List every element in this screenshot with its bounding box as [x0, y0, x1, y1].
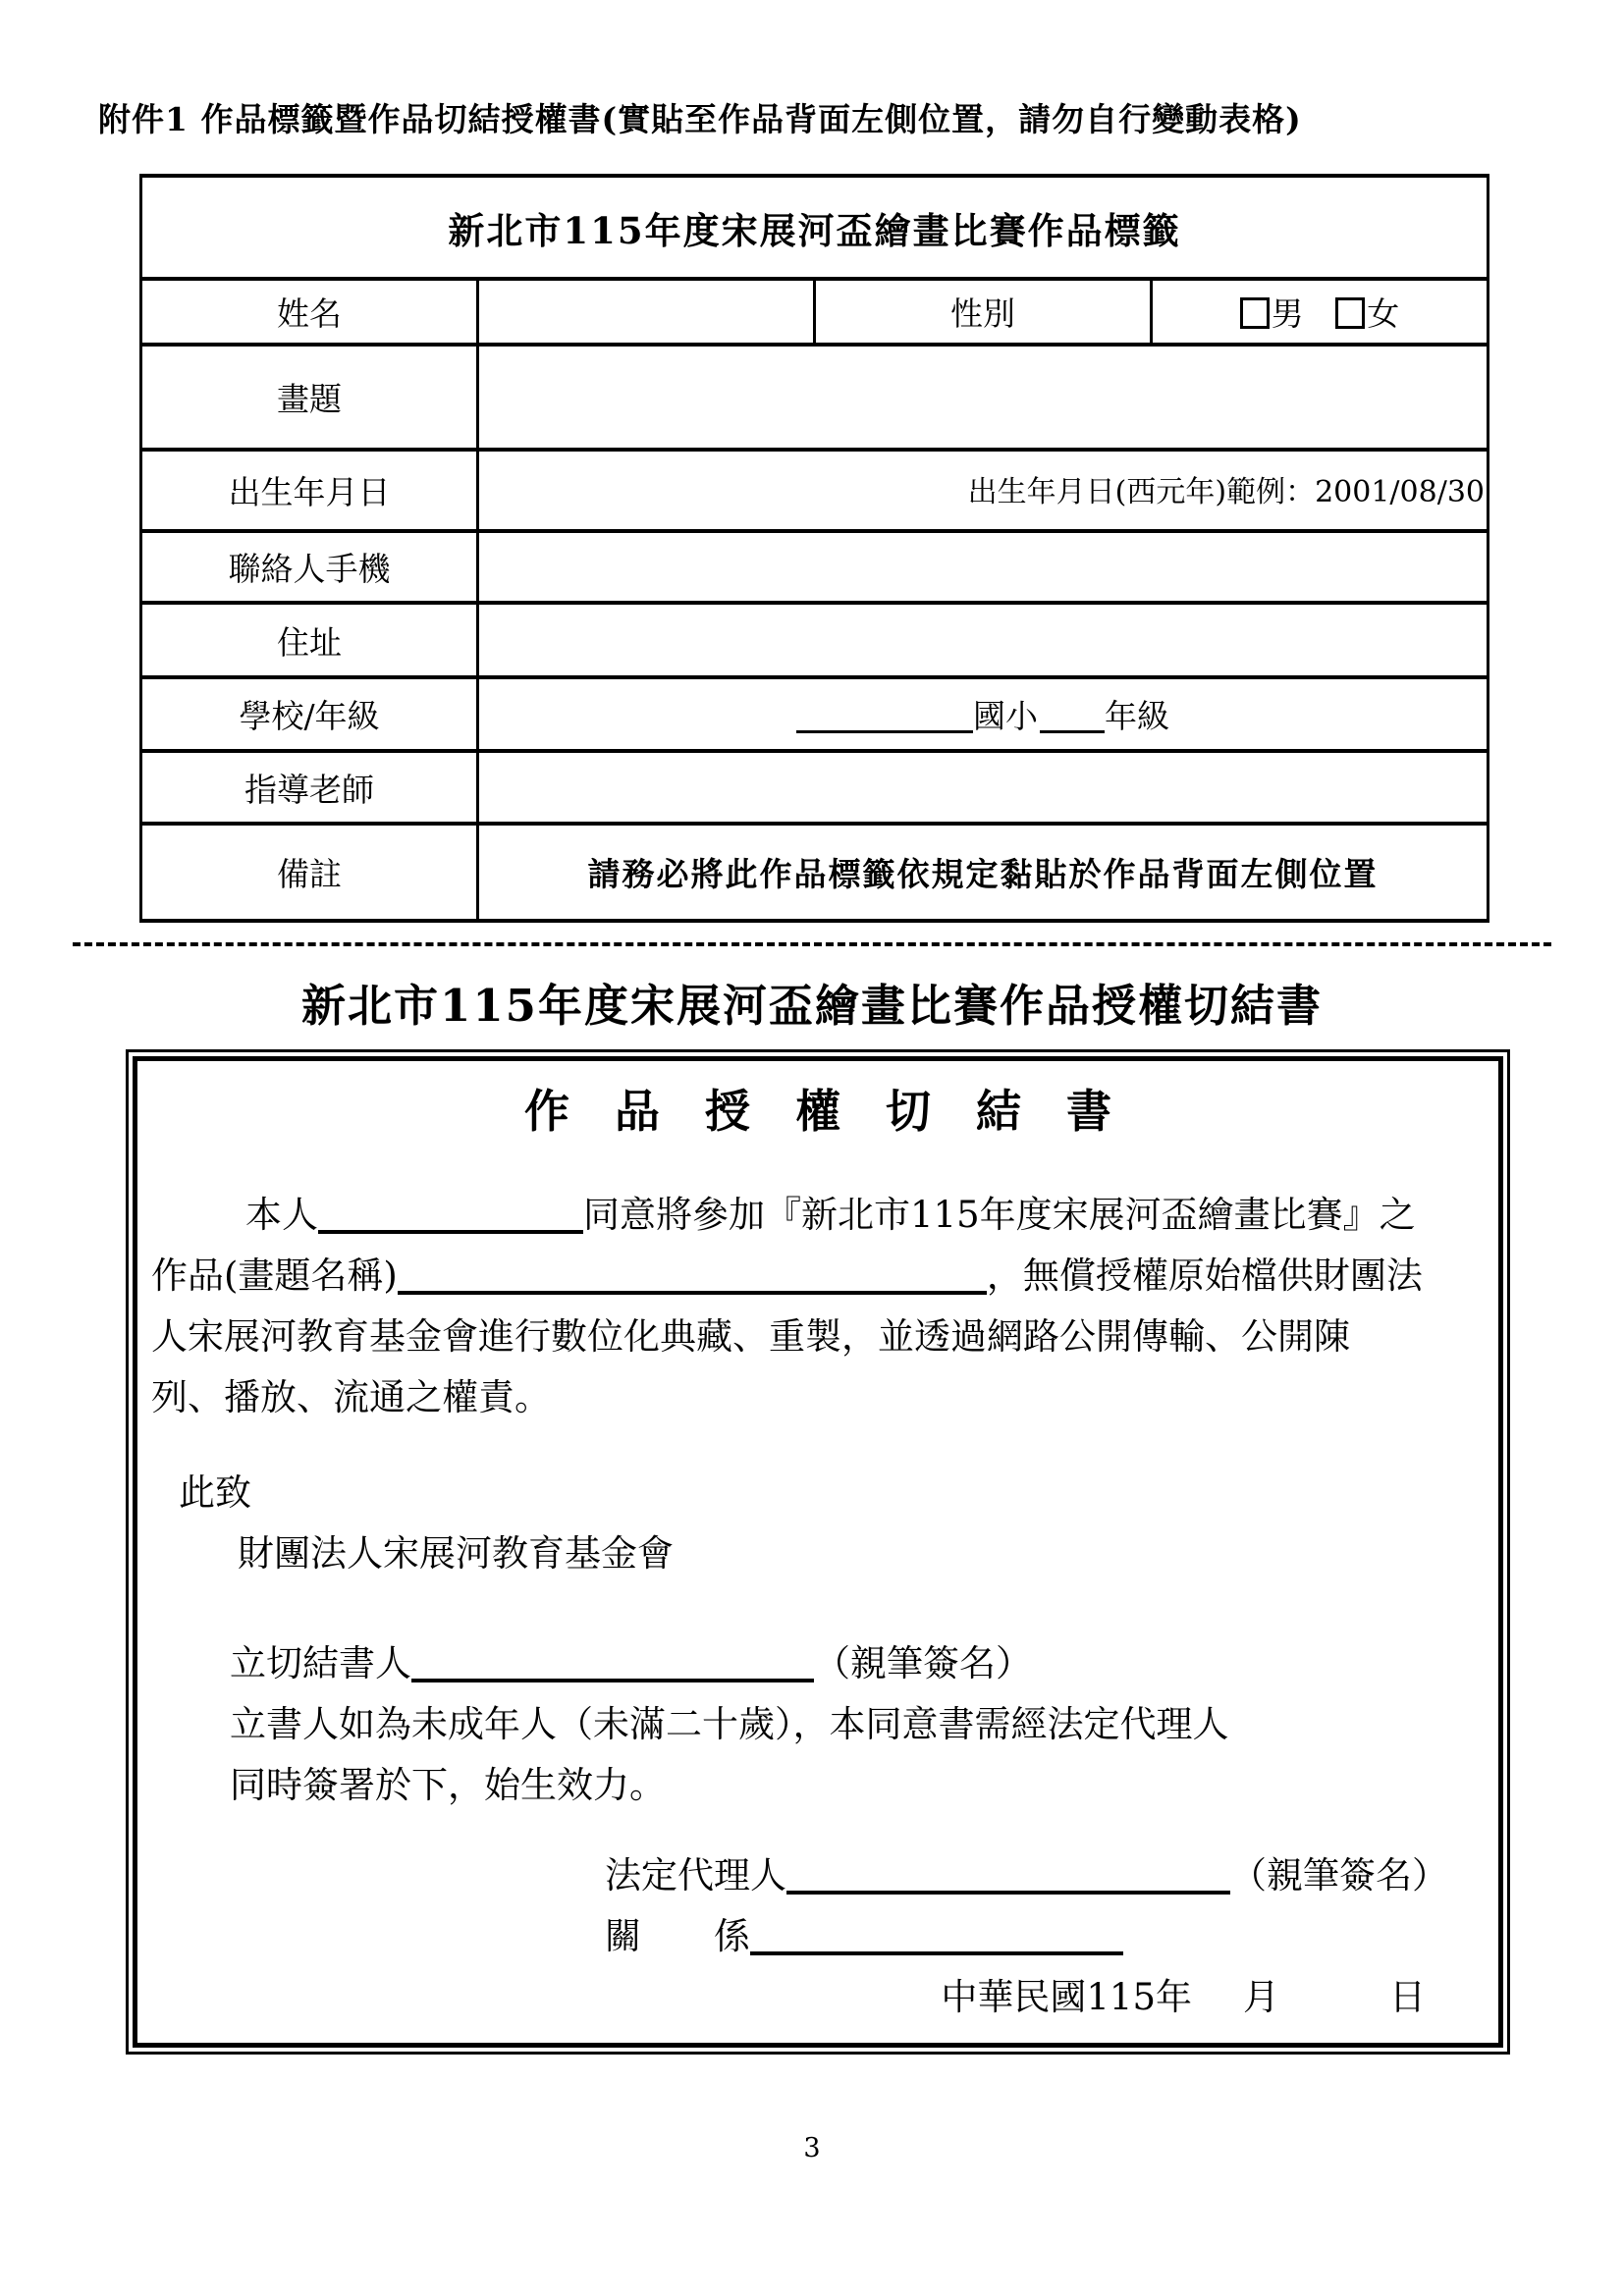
consent-line-1: 本人同意將參加『新北市115年度宋展河盃繪畫比賽』之 [151, 1185, 1485, 1246]
grade-text: 年級 [1105, 697, 1169, 735]
table-row: 住址 [141, 603, 1489, 677]
declarant-name-blank[interactable] [318, 1195, 583, 1234]
teacher-label: 指導老師 [141, 751, 478, 824]
page-number: 3 [0, 2133, 1624, 2163]
consent-paragraph: 本人同意將參加『新北市115年度宋展河盃繪畫比賽』之 作品(畫題名稱)，無償授權… [151, 1185, 1485, 1428]
gender-options-cell: 男 女 [1152, 279, 1489, 345]
artwork-title-prefix-text: 作品(畫題名稱) [151, 1255, 398, 1297]
school-grade-label: 學校/年級 [141, 677, 478, 751]
declarant-signature-line: 立切結書人（親筆簽名） [151, 1633, 1485, 1694]
birth-date-label: 出生年月日 [141, 450, 478, 531]
remarks-value: 請務必將此作品標籤依規定黏貼於作品背面左側位置 [478, 824, 1489, 921]
declarant-label: 立切結書人 [230, 1642, 411, 1684]
date-day-label: 日 [1389, 1976, 1426, 2018]
address-label: 住址 [141, 603, 478, 677]
legal-rep-block: 法定代理人（親筆簽名） 關 係 中華民國115年月日 [151, 1845, 1485, 2028]
roc-date-line: 中華民國115年月日 [151, 1967, 1485, 2028]
consent-line-1-text: 同意將參加『新北市115年度宋展河盃繪畫比賽』之 [583, 1194, 1416, 1236]
declarant-signature-note: （親筆簽名） [814, 1642, 1032, 1684]
declarant-prefix-text: 本人 [245, 1194, 318, 1236]
declarant-block: 立切結書人（親筆簽名） 立書人如為未成年人（未滿二十歲），本同意書需經法定代理人… [151, 1633, 1485, 1816]
table-row: 指導老師 [141, 751, 1489, 824]
remarks-label: 備註 [141, 824, 478, 921]
teacher-input-cell[interactable] [478, 751, 1489, 824]
birth-date-input-cell[interactable]: 出生年月日(西元年)範例：2001/08/30 [478, 450, 1489, 531]
table-row: 聯絡人手機 [141, 531, 1489, 603]
minor-note-line-2: 同時簽署於下，始生效力。 [151, 1755, 1485, 1816]
female-label: 女 [1367, 294, 1399, 333]
document-page: 附件1 作品標籤暨作品切結授權書(實貼至作品背面左側位置，請勿自行變動表格) 新… [0, 0, 1624, 2296]
school-type-text: 國小 [973, 697, 1038, 735]
contact-phone-input-cell[interactable] [478, 531, 1489, 603]
consent-box-inner: 作 品 授 權 切 結 書 本人同意將參加『新北市115年度宋展河盃繪畫比賽』之… [133, 1056, 1503, 2048]
date-month-label: 月 [1243, 1976, 1279, 2018]
contact-phone-label: 聯絡人手機 [141, 531, 478, 603]
artwork-title-input-cell[interactable] [478, 345, 1489, 450]
name-label: 姓名 [141, 279, 478, 345]
legal-rep-signature-blank[interactable] [786, 1855, 1230, 1895]
consent-box-title: 作 品 授 權 切 結 書 [151, 1076, 1485, 1141]
consent-line-2-text: ，無償授權原始檔供財團法 [987, 1255, 1423, 1297]
school-name-blank[interactable] [796, 700, 973, 733]
consent-section-title: 新北市115年度宋展河盃繪畫比賽作品授權切結書 [0, 970, 1624, 1034]
consent-line-3: 人宋展河教育基金會進行數位化典藏、重製，並透過網路公開傳輸、公開陳 [151, 1307, 1485, 1367]
foundation-name: 財團法人宋展河教育基金會 [151, 1523, 1485, 1584]
table-row: 出生年月日 出生年月日(西元年)範例：2001/08/30 [141, 450, 1489, 531]
artwork-label-table: 新北市115年度宋展河盃繪畫比賽作品標籤 姓名 性別 男 女 畫題 出生年月日 … [139, 174, 1489, 923]
female-checkbox-icon[interactable] [1335, 297, 1365, 329]
address-input-cell[interactable] [478, 603, 1489, 677]
relation-blank[interactable] [750, 1916, 1123, 1955]
minor-note-line-1: 立書人如為未成年人（未滿二十歲），本同意書需經法定代理人 [151, 1694, 1485, 1755]
table-row: 姓名 性別 男 女 [141, 279, 1489, 345]
male-label: 男 [1272, 294, 1304, 333]
dashed-separator [73, 942, 1551, 946]
checkbox-male[interactable]: 男 [1240, 294, 1304, 333]
table-row: 學校/年級 國小年級 [141, 677, 1489, 751]
attachment-header: 附件1 作品標籤暨作品切結授權書(實貼至作品背面左側位置，請勿自行變動表格) [98, 94, 1624, 140]
label-table-title: 新北市115年度宋展河盃繪畫比賽作品標籤 [141, 176, 1489, 279]
consent-line-2: 作品(畫題名稱)，無償授權原始檔供財團法 [151, 1246, 1485, 1307]
legal-rep-signature-note: （親筆簽名） [1230, 1854, 1448, 1896]
grade-blank[interactable] [1040, 700, 1105, 733]
gender-label: 性別 [815, 279, 1152, 345]
artwork-title-label: 畫題 [141, 345, 478, 450]
legal-rep-label: 法定代理人 [605, 1854, 786, 1896]
declarant-signature-blank[interactable] [411, 1643, 814, 1682]
birth-date-hint: 出生年月日(西元年)範例：2001/08/30 [968, 475, 1485, 509]
table-row: 備註 請務必將此作品標籤依規定黏貼於作品背面左側位置 [141, 824, 1489, 921]
name-input-cell[interactable] [478, 279, 815, 345]
male-checkbox-icon[interactable] [1240, 297, 1270, 329]
consent-box: 作 品 授 權 切 結 書 本人同意將參加『新北市115年度宋展河盃繪畫比賽』之… [126, 1049, 1510, 2055]
salute-text: 此致 [151, 1463, 1485, 1523]
date-prefix-text: 中華民國115年 [941, 1976, 1192, 2018]
checkbox-female[interactable]: 女 [1335, 294, 1399, 333]
salute-block: 此致 財團法人宋展河教育基金會 [151, 1463, 1485, 1584]
table-row: 畫題 [141, 345, 1489, 450]
relation-label: 關 係 [605, 1915, 750, 1957]
legal-rep-signature-line: 法定代理人（親筆簽名） [151, 1845, 1485, 1906]
consent-line-4: 列、播放、流通之權責。 [151, 1367, 1485, 1428]
school-grade-input-cell[interactable]: 國小年級 [478, 677, 1489, 751]
artwork-title-blank[interactable] [398, 1255, 987, 1295]
relation-line: 關 係 [151, 1906, 1485, 1967]
